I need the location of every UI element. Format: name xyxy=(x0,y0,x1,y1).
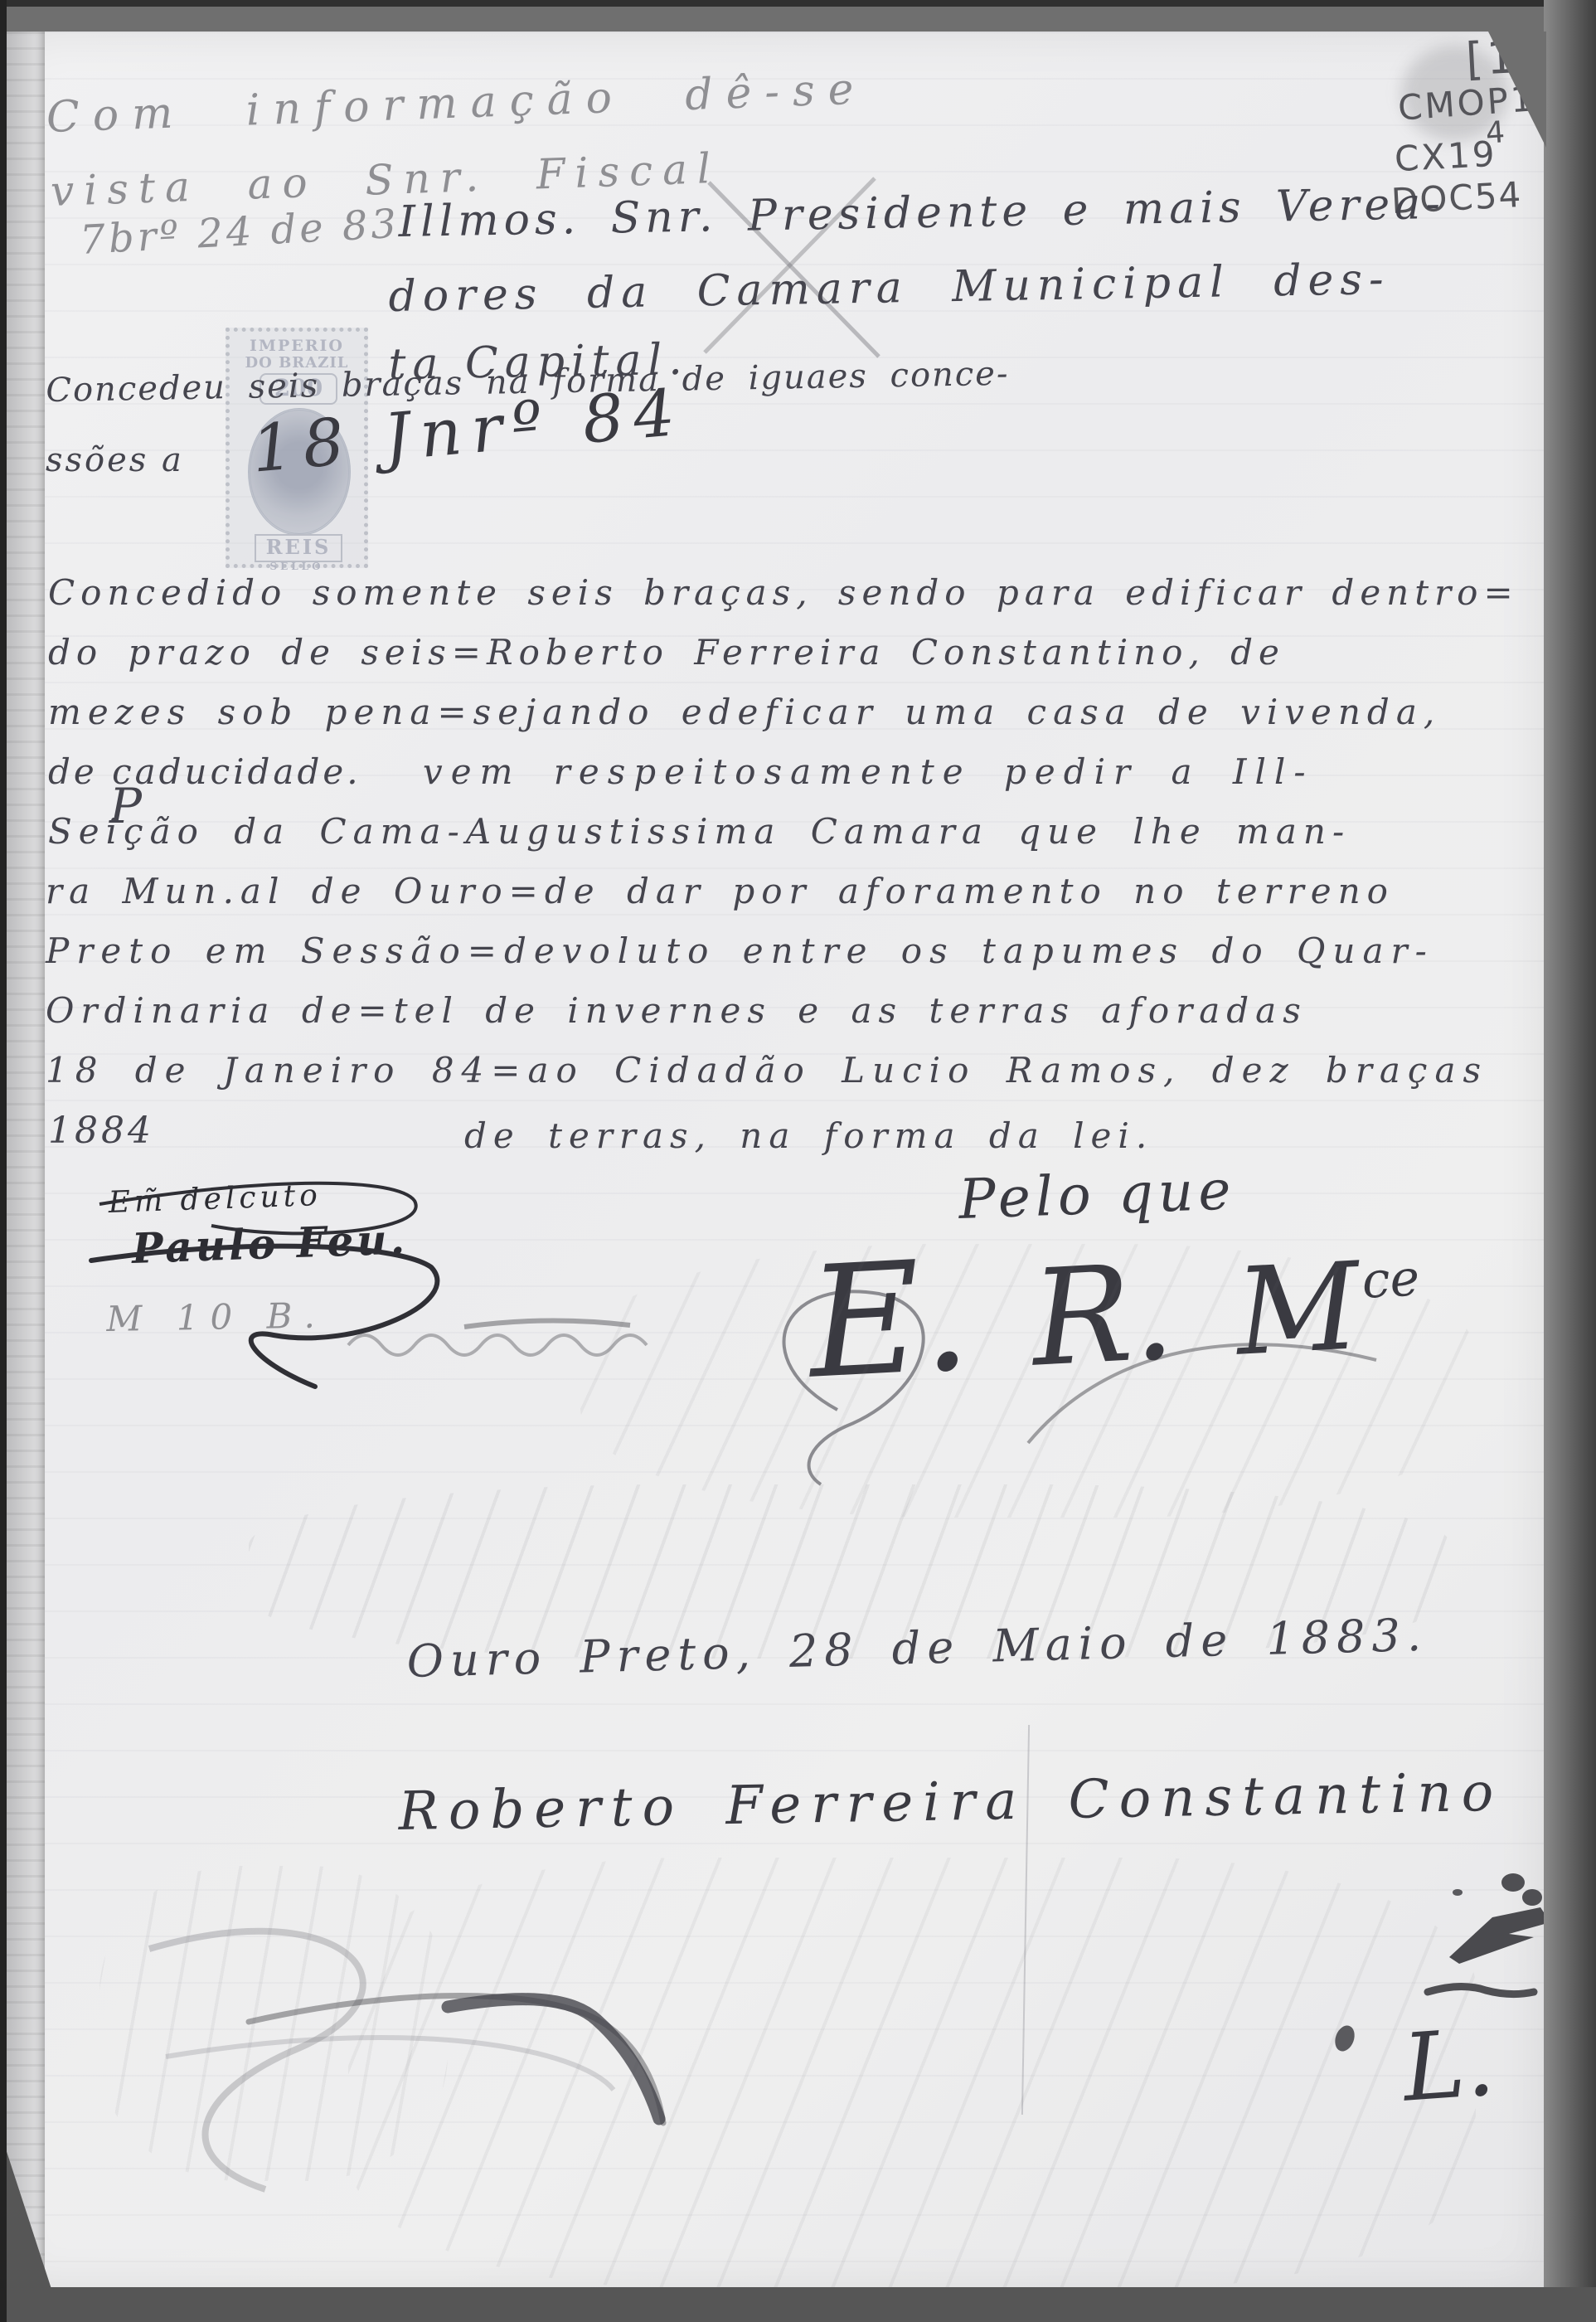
ink-blots xyxy=(0,0,1596,2322)
bottom-rubric-L: L. xyxy=(1400,2009,1498,2122)
scan-edge-right xyxy=(1544,0,1596,2322)
scan-edge-top xyxy=(0,0,1596,32)
scan-edge-left xyxy=(0,0,7,2322)
scan-edge-bottom xyxy=(0,2287,1596,2322)
scanned-document: IMPERIO DO BRAZIL 200 REIS SELLO [1] CMO… xyxy=(0,0,1596,2322)
scan-corner-top-right xyxy=(1488,32,1546,148)
scan-corner-bottom-left xyxy=(0,2131,51,2289)
